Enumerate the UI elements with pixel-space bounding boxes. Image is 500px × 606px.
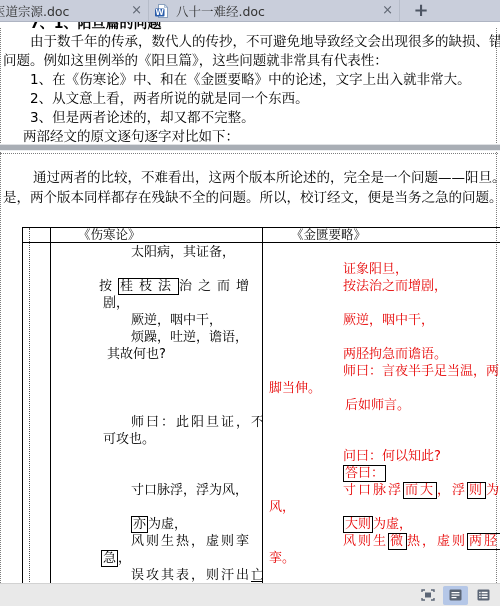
- text-line: 寸口脉浮而大，浮则为: [263, 483, 500, 500]
- page-break-band: [0, 144, 500, 151]
- text-line: [51, 466, 262, 483]
- cell-jinguiyaolue-text: 证象阳旦，按法治之而增剧， 厥逆，咽中干， 两胫拘急而谵语。师曰：言夜半手足当温…: [263, 243, 500, 583]
- text-line: [263, 432, 500, 449]
- text-line: 2、从文意上看，两者所说的就是同一个东西。: [3, 90, 497, 109]
- outline-view-icon[interactable]: [471, 586, 496, 605]
- app-window: 医道宗源.doc × W 八十一难经.doc × + 7、1、阳旦篇的问题 由于…: [0, 0, 500, 606]
- tab-label: 八十一难经.doc: [176, 2, 265, 20]
- text-line: 脚当伸。: [263, 381, 500, 398]
- table-margin-column: [23, 228, 51, 242]
- tab-document-bashiyinanjing[interactable]: W 八十一难经.doc ×: [148, 0, 400, 21]
- tab-document-yidaozongyuan[interactable]: 医道宗源.doc ×: [0, 0, 148, 21]
- text-line: 风则生热，虚则挛: [51, 534, 262, 551]
- intro-paragraphs: 由于数千年的传承，数代人的传抄，不可避免地导致经文会出现很多的缺损、错讹的问题。…: [3, 33, 497, 147]
- text-line: [51, 398, 262, 415]
- text-line: 烦躁，吐逆，谵语，: [51, 330, 262, 347]
- text-line: 按法治之而增剧，: [263, 279, 500, 296]
- comparison-table: 《伤寒论》 《金匮要略》 太阳病，其证备， 按桂枝法治之而增剧，厥逆，咽中干，烦…: [22, 227, 500, 583]
- text-line: 误攻其表，则汗出亡: [51, 568, 262, 583]
- text-line: 后如师言。: [263, 398, 500, 415]
- text-line: 厥逆，咽中干，: [51, 313, 262, 330]
- text-line: 可攻也。: [51, 432, 262, 449]
- table-body-row: 太阳病，其证备， 按桂枝法治之而增剧，厥逆，咽中干，烦躁，吐逆，谵语，其故何也?…: [23, 243, 500, 583]
- table-header-jinguiyaolue: 《金匮要略》: [263, 228, 500, 242]
- text-line: 大则为虚，: [263, 517, 500, 534]
- text-line: 由于数千年的传承，数代人的传抄，不可避免地导致经文会出现很多的缺损、错讹的: [3, 33, 497, 52]
- word-doc-icon: W: [154, 3, 170, 19]
- text-line: [263, 296, 500, 313]
- text-line: 证象阳旦，: [263, 262, 500, 279]
- section-heading: 7、1、阳旦篇的问题: [3, 22, 497, 33]
- text-line: 通过两者的比较，不难看出，这两个版本所论述的，完全是一个问题——阳旦。但: [3, 168, 497, 188]
- text-line: 师曰：此阳旦证，不: [51, 415, 262, 432]
- cell-shanghanlun-text: 太阳病，其证备， 按桂枝法治之而增剧，厥逆，咽中干，烦躁，吐逆，谵语，其故何也?…: [51, 243, 263, 583]
- page2-content: 通过两者的比较，不难看出，这两个版本所论述的，完全是一个问题——阳旦。但是，两个…: [3, 168, 497, 208]
- print-layout-icon[interactable]: [443, 586, 468, 605]
- text-boundary-left: [0, 28, 1, 583]
- text-line: 1、在《伤寒论》中、和在《金匮要略》中的论述，文字上出入就非常大。: [3, 71, 497, 90]
- page1-content: 7、1、阳旦篇的问题 由于数千年的传承，数代人的传抄，不可避免地导致经文会出现很…: [3, 22, 497, 147]
- close-icon[interactable]: ×: [382, 4, 393, 17]
- status-bar: [0, 583, 500, 606]
- text-line: [51, 262, 262, 279]
- text-line: 是，两个版本同样都存在残缺不全的问题。所以，校订经文，便是当务之急的问题。: [3, 188, 497, 208]
- text-line: [263, 245, 500, 262]
- close-icon[interactable]: ×: [131, 4, 142, 17]
- text-line: [51, 381, 262, 398]
- text-line: 寸口脉浮，浮为风，: [51, 483, 262, 500]
- table-header-shanghanlun: 《伤寒论》: [51, 228, 263, 242]
- text-line: 按桂枝法治之而增: [51, 279, 262, 296]
- focus-mode-icon[interactable]: [415, 586, 440, 605]
- text-line: 挛。: [263, 551, 500, 568]
- table-margin-column: [23, 243, 51, 583]
- text-line: [51, 500, 262, 517]
- text-line: [51, 364, 262, 381]
- text-line: 亦为虚，: [51, 517, 262, 534]
- text-line: 其故何也?: [51, 347, 262, 364]
- text-line: 急，: [51, 551, 262, 568]
- new-tab-button[interactable]: +: [400, 0, 442, 21]
- text-line: 剧，: [51, 296, 262, 313]
- tab-bar: 医道宗源.doc × W 八十一难经.doc × +: [0, 0, 500, 22]
- text-line: 风，: [263, 500, 500, 517]
- text-line: [263, 415, 500, 432]
- text-line: 风则生微热，虚则两胫: [263, 534, 500, 551]
- tab-label: 医道宗源.doc: [0, 2, 69, 20]
- table-header-row: 《伤寒论》 《金匮要略》: [23, 228, 500, 243]
- text-line: 问题。例如这里例举的《阳旦篇》，这些问题就非常具有代表性：: [3, 52, 497, 71]
- document-page[interactable]: 7、1、阳旦篇的问题 由于数千年的传承，数代人的传抄，不可避免地导致经文会出现很…: [0, 22, 500, 583]
- svg-text:W: W: [156, 8, 165, 17]
- text-line: 厥逆，咽中干，: [263, 313, 500, 330]
- text-line: 师曰：言夜半手足当温，两: [263, 364, 500, 381]
- text-line: 两胫拘急而谵语。: [263, 347, 500, 364]
- text-line: 问曰：何以知此?: [263, 449, 500, 466]
- text-line: [51, 449, 262, 466]
- text-line: 太阳病，其证备，: [51, 245, 262, 262]
- text-line: [263, 330, 500, 347]
- text-line: 3、但是两者论述的，却又都不完整。: [3, 109, 497, 128]
- text-boundary-top-page2: [0, 153, 498, 154]
- text-line: 答曰：: [263, 466, 500, 483]
